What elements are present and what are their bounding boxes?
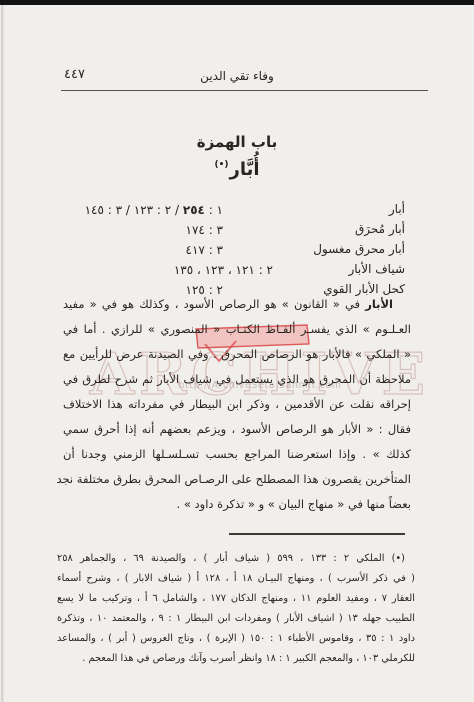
entry-term: أبار مُحرَق: [355, 222, 405, 236]
body-lead-word: الأبار: [365, 297, 393, 311]
footnote-block: (•) الملكي ٢ : ١٣٣ ، ٥٩٩ ( شياف أبار ) ،…: [57, 549, 415, 669]
entry-ref: ٢ : ١٢١ ، ١٢٣ ، ١٣٥: [174, 263, 273, 277]
page-number: ٤٤٧: [64, 67, 85, 82]
entry-term: أبار محرق مغسول: [313, 242, 405, 256]
entry-ref: ٣ : ١٧٤: [186, 223, 223, 237]
body-line: كذلك » . وإذا استعرضنا المراجع بحسب تسـل…: [63, 442, 411, 467]
header-rule: [61, 90, 428, 91]
table-row: أبار محرق مغسول ٣ : ٤١٧: [0, 242, 474, 262]
body-line: « الملكي » فالأبار هو الرصاص المحرق . وف…: [63, 342, 411, 367]
table-row: أبار ١ : ٢٥٤ / ٢ : ١٢٣ / ٣ : ١٤٥: [0, 202, 474, 222]
body-line: إحراقه نقلت عن الأقدمين ، وذكر ابن البيط…: [63, 392, 411, 417]
entry-term: أبار: [389, 202, 405, 216]
entry-ref: ١ : ٢٥٤ / ٢ : ١٢٣ / ٣ : ١٤٥: [85, 203, 223, 217]
headword-text: أُبَّار: [229, 159, 259, 180]
footnote-line: للكرملي ١٠٣ ، والمعجم الكبير ١ : ١٨ وانظ…: [57, 649, 415, 669]
entry-ref-bold: ٢٥٤: [183, 203, 205, 217]
footnote-marker: (•): [214, 160, 228, 170]
footnote-line: ( في ذكر الأسرب ) ، ومنهاج البيـان ١٨ أ …: [57, 569, 415, 589]
footnote-line: داود ١ : ٣٥ ، وقاموس الأطباء ١ : ١٥٠ ( ا…: [57, 629, 415, 649]
body-line: المتأخرين يقصرون هذا المصطلح على الرصـاص…: [63, 467, 411, 492]
body-line-text: في « القانون » هو الرصاص الأسود ، وكذلك …: [63, 297, 365, 311]
chapter-heading: باب الهمزة: [0, 133, 474, 151]
running-header: ٤٤٧ وفاء تقي الدين: [0, 66, 474, 88]
body-line: فقال : « الأبار هو الرصاص الأسود ، ويزعم…: [63, 417, 411, 442]
table-row: أبار مُحرَق ٣ : ١٧٤: [0, 222, 474, 242]
footnote-line: الطبيب جهله ١٣ ( اشياف الأبار ) ومفردات …: [57, 609, 415, 629]
book-page: ARCHIVE http://ArchiveSeta.Sahmit.com ٤٤…: [0, 0, 474, 702]
entry-ref: ٣ : ٤١٧: [186, 243, 223, 257]
index-entries: أبار ١ : ٢٥٤ / ٢ : ١٢٣ / ٣ : ١٤٥ أبار مُ…: [0, 202, 474, 302]
body-line: بعضاً منها في « منهاج البيان » و « تذكرة…: [63, 492, 411, 517]
entry-term: شياف الأبار: [348, 262, 405, 276]
body-line: ملاحظة أن المحرق هو الذي يستعمل في شياف …: [63, 367, 411, 392]
body-paragraph: الأبار في « القانون » هو الرصاص الأسود ،…: [63, 292, 411, 517]
footnote-rule: [229, 533, 405, 535]
scan-top-bar: [0, 0, 474, 5]
scan-left-edge: [1, 5, 4, 702]
table-row: شياف الأبار ٢ : ١٢١ ، ١٢٣ ، ١٣٥: [0, 262, 474, 282]
entry-ref-part: / ٢ : ١٢٣ / ٣ : ١٤٥: [85, 203, 183, 217]
book-title: وفاء تقي الدين: [200, 69, 274, 83]
body-line: العـلـوم » الذي يفسـر ألفـاظ الكتـاب « ا…: [63, 317, 411, 342]
entry-headword: أُبَّار(•): [0, 159, 474, 180]
footnote-line: العقار ٧ ، ومفيد العلوم ١١ ، ومنهاج الدك…: [57, 589, 415, 609]
body-line: الأبار في « القانون » هو الرصاص الأسود ،…: [63, 292, 411, 317]
entry-ref-part: ١ :: [205, 203, 223, 217]
footnote-line: (•) الملكي ٢ : ١٣٣ ، ٥٩٩ ( شياف أبار ) ،…: [57, 549, 415, 569]
